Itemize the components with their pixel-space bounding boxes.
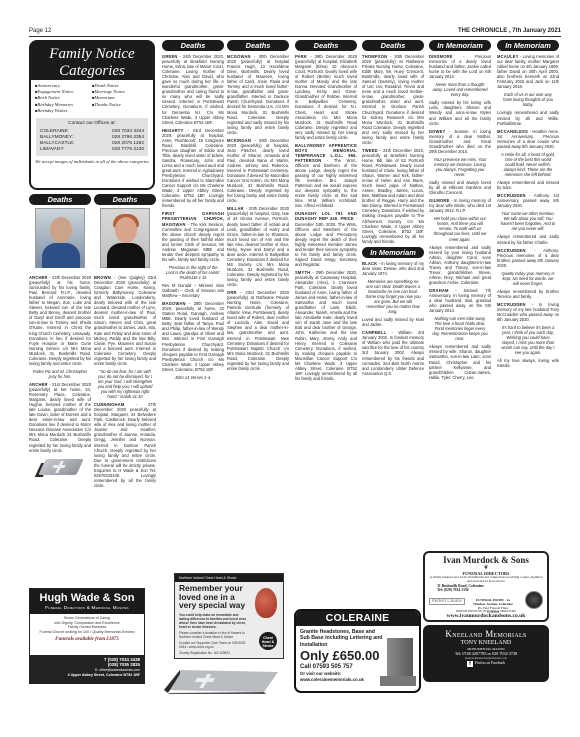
publication-date: THE CHRONICLE , 7th January 2021 <box>458 28 561 34</box>
verse: Memories are something no one can steal.… <box>362 279 424 314</box>
portrait-photo-brown <box>100 208 150 268</box>
column-5: Deaths PARK - 29th December 2020 (peacef… <box>295 40 357 384</box>
family-notice-categories-box: Family Notice Categories Anniversary Dea… <box>29 40 155 190</box>
notice-cunningham: CUNNINGHAM - 27th December 2020 peaceful… <box>94 402 156 488</box>
ad-title: Ivan Murdock & Sons <box>427 555 545 565</box>
notice-dinsmore: DINSMORE - Precious memories of a dearly… <box>429 54 491 79</box>
notice-mckirgan: MCKIRGAN - 29th December 2020 (peacefull… <box>227 138 289 204</box>
memoriam-header: In Memoriam <box>362 247 424 258</box>
ad-kneeland-memorials: Kneeland Memorials TONY KNEELAND MONUMEN… <box>423 625 549 682</box>
signoff: Always remembered by brother Terence and… <box>497 289 559 299</box>
bible-icon <box>160 666 280 694</box>
signoff: All my love always, loving wife Sandie. <box>497 358 559 368</box>
ad-tagline: Funeral Directors & Memorial Masons <box>30 605 144 610</box>
column-4: Deaths MCGOWAN - 30th December 2020 (pea… <box>227 40 289 374</box>
bible-icon <box>36 457 84 479</box>
verse: Your name we often mention, We talk abou… <box>497 211 559 231</box>
notice-mcauley: MCAULEY - Loving memories of our dear fa… <box>497 54 559 89</box>
notice-archer-margaret: ARCHER - 21st December 2020 (peacefully)… <box>29 382 91 453</box>
verse: "So do not fear, for I am with you; do n… <box>94 369 156 399</box>
notice-mccandless: MCCANDLESS - Heather Anne. 1st Anniversa… <box>497 129 559 149</box>
notice-black: BLACK - In loving memory of my dear sist… <box>362 261 424 276</box>
notice-campbell: CAMPBELL - William. 3rd January 2002. In… <box>362 330 424 375</box>
signoff: Lovingly remembered and sadly missed by … <box>497 110 559 125</box>
verse: Your presence we miss, Your memory we tr… <box>429 157 491 177</box>
address: 3 Upper Abbey Street, Coleraine BT52 1BF <box>34 673 140 678</box>
notice-brown: BROWN - (nee Quigley) 23rd December 2020… <box>94 275 156 366</box>
verse: Never more than a thought away. Loved an… <box>429 82 491 97</box>
verse: Quietly today your memory is kept, No ne… <box>497 271 559 286</box>
funerals-price: Funerals available from £1875 <box>30 637 144 643</box>
category-item: Birthday Wishes <box>35 108 92 114</box>
signoff: Always remembered and missed by Sam. <box>497 180 559 190</box>
column-6: Deaths THOMPSON - 30th December 2020 (pe… <box>362 40 424 379</box>
notice-millar: MILLAR - 20th December 2020 (peacefully)… <box>227 206 289 287</box>
running-header: Page 12 THE CHRONICLE , 7th January 2021 <box>29 27 561 37</box>
deaths-header: Deaths <box>29 194 91 205</box>
notice-mccrudden-wife: MCCRUDDEN - In loving memory of my late … <box>497 302 559 322</box>
notice-tweed: TWEED - 24th December 2020, peacefully a… <box>362 148 424 244</box>
ad-headline: Remember your loved one in a very specia… <box>175 582 255 612</box>
office-row: LIMAVADY:028 7776 2130 <box>40 147 144 153</box>
categories-title: Family Notice Categories <box>31 46 153 80</box>
signoff: Always remembered and sadly missed by hi… <box>497 234 559 244</box>
verse: We hold you close within our hearts, And… <box>429 216 491 241</box>
notice-hegarty: HEGARTY - 23rd December 2020, peacefully… <box>162 128 224 209</box>
portrait-photo-archer <box>35 208 85 268</box>
perfect-choice-logo: Perfect Choice <box>429 598 465 605</box>
notice-thompson: THOMPSON - 30th December 2020 (peacefull… <box>362 54 424 145</box>
verse: A smile for all, a heart of gold, One of… <box>497 152 559 177</box>
notice-dunaghy: DUNAGHY LOL 791 AND DUNAGHY RBP 340. PRI… <box>295 211 357 267</box>
contact-offices: Contact our Offices at: COLERAINE:028 70… <box>36 118 148 156</box>
memoriam-header: In Memoriam <box>429 40 491 51</box>
deaths-header: Deaths <box>162 40 224 51</box>
notice-orr: ORR - 23rd December 2020 (peacefully) at… <box>227 290 289 371</box>
notice-green: GREEN - 24th December 2020, peacefully a… <box>162 54 224 125</box>
deaths-header: Deaths <box>227 40 289 51</box>
verse: 'Precious in the sight of the Lord is th… <box>162 265 224 280</box>
signoff: Sadly missed by his loving wife Leila, d… <box>429 100 491 125</box>
ad-coleraine-memorials: COLERAINE MEMORIALS Granite Headstones, … <box>294 609 421 693</box>
verse: Each of us in our own way have loving th… <box>497 92 559 107</box>
deaths-header: Deaths <box>94 194 156 205</box>
notice-magowan: MAGOWAN - 28th December 2020, peacefully… <box>162 301 224 372</box>
verse: John 14 Verses 1-4. <box>162 375 224 380</box>
lion-crest-icon <box>525 591 543 609</box>
signoff: Always remembered and sadly missed by yo… <box>429 245 491 285</box>
page-number: Page 12 <box>29 28 51 34</box>
categories-list: Anniversary Death Notice Engagement Noti… <box>31 80 153 114</box>
chs-logo: Chest Heart & Stroke <box>259 632 277 650</box>
verse: It's hard to believe it's been a year, I… <box>497 325 559 355</box>
categories-panel: Anniversary Death Notice Engagement Noti… <box>31 80 153 188</box>
column-8: In Memoriam MCAULEY - Loving memories of… <box>497 40 559 372</box>
ad-chest-heart-stroke: Northern Ireland Chest Heart & Stroke Re… <box>174 573 284 659</box>
notice-park: PARK - 29th December 2020 (peacefully) a… <box>295 54 357 140</box>
notice-smyth: SMYTH - 29th December 2020, peacefully a… <box>295 270 357 381</box>
images-note: We accept images of individuals in all o… <box>31 159 153 165</box>
facebook-icon: f <box>467 661 473 667</box>
column-3: Deaths GREEN - 24th December 2020, peace… <box>162 40 224 383</box>
verse: Nothing can ever take away, The love a h… <box>429 316 491 341</box>
notice-dowey: DOWEY - Jeannie. In loving memory of a d… <box>429 129 491 154</box>
signatories: Rev M Donald – Minister Alan Galbraith –… <box>162 283 224 298</box>
ad-title: Kneeland Memorials <box>423 625 549 640</box>
deaths-header: Deaths <box>362 40 424 51</box>
ad-hugh-wade: Hugh Wade & Son Funeral Directors & Memo… <box>29 588 145 684</box>
website: www.ivanmurdockandsons.co.uk <box>425 613 547 619</box>
notice-mccrudden-father: MCCRUDDEN - Anthony. 1st Anniversary, pa… <box>497 193 559 208</box>
column-1: Deaths ARCHER - 24th December 2020 (peac… <box>29 194 91 483</box>
ad-title: Hugh Wade & Son <box>30 589 144 605</box>
memoriam-header: In Memoriam <box>497 40 559 51</box>
column-7: In Memoriam DINSMORE - Precious memories… <box>429 40 491 383</box>
notice-gilmore: GILMORE - In loving memory of my dear wi… <box>429 198 491 213</box>
notice-graham: GRAHAM - Samuel. 7th Anniversary. In lov… <box>429 288 491 313</box>
notice-archer-paul: ARCHER - 24th December 2020 (peacefully)… <box>29 275 91 366</box>
signoff: Always remembered and sadly missed by wi… <box>429 344 491 379</box>
notice-ballymoney-abm: BALLYMONEY APPRENTICE BOYS MEMORIAL TEMP… <box>295 143 357 209</box>
deaths-header: Deaths <box>295 40 357 51</box>
notice-mcgowan: MCGOWAN - 30th December 2020 (peacefully… <box>227 54 289 135</box>
category-item: Thanks Notice <box>92 102 149 108</box>
column-2: Deaths BROWN - (nee Quigley) 23rd Decemb… <box>94 194 156 491</box>
signoff: Loved and sadly missed by Noel and Jacki… <box>362 317 424 327</box>
ad-ivan-murdock: Ivan Murdock & Sons ❦ FUNERAL DIRECTORS … <box>423 551 549 622</box>
heart-image <box>255 588 277 618</box>
notice-first-garvagh: FIRST GARVAGH PRESBYTERIAN CHURCH, MAGOW… <box>162 211 224 261</box>
ad-title: COLERAINE MEMORIALS <box>296 611 419 626</box>
signoff: Sadly missed and always loved by all at … <box>429 180 491 195</box>
verse: Padre Pio and St. Christopher pray for h… <box>29 369 91 379</box>
notice-mccrudden-brother: MCCRUDDEN - Anthony. Precious memories o… <box>497 248 559 268</box>
